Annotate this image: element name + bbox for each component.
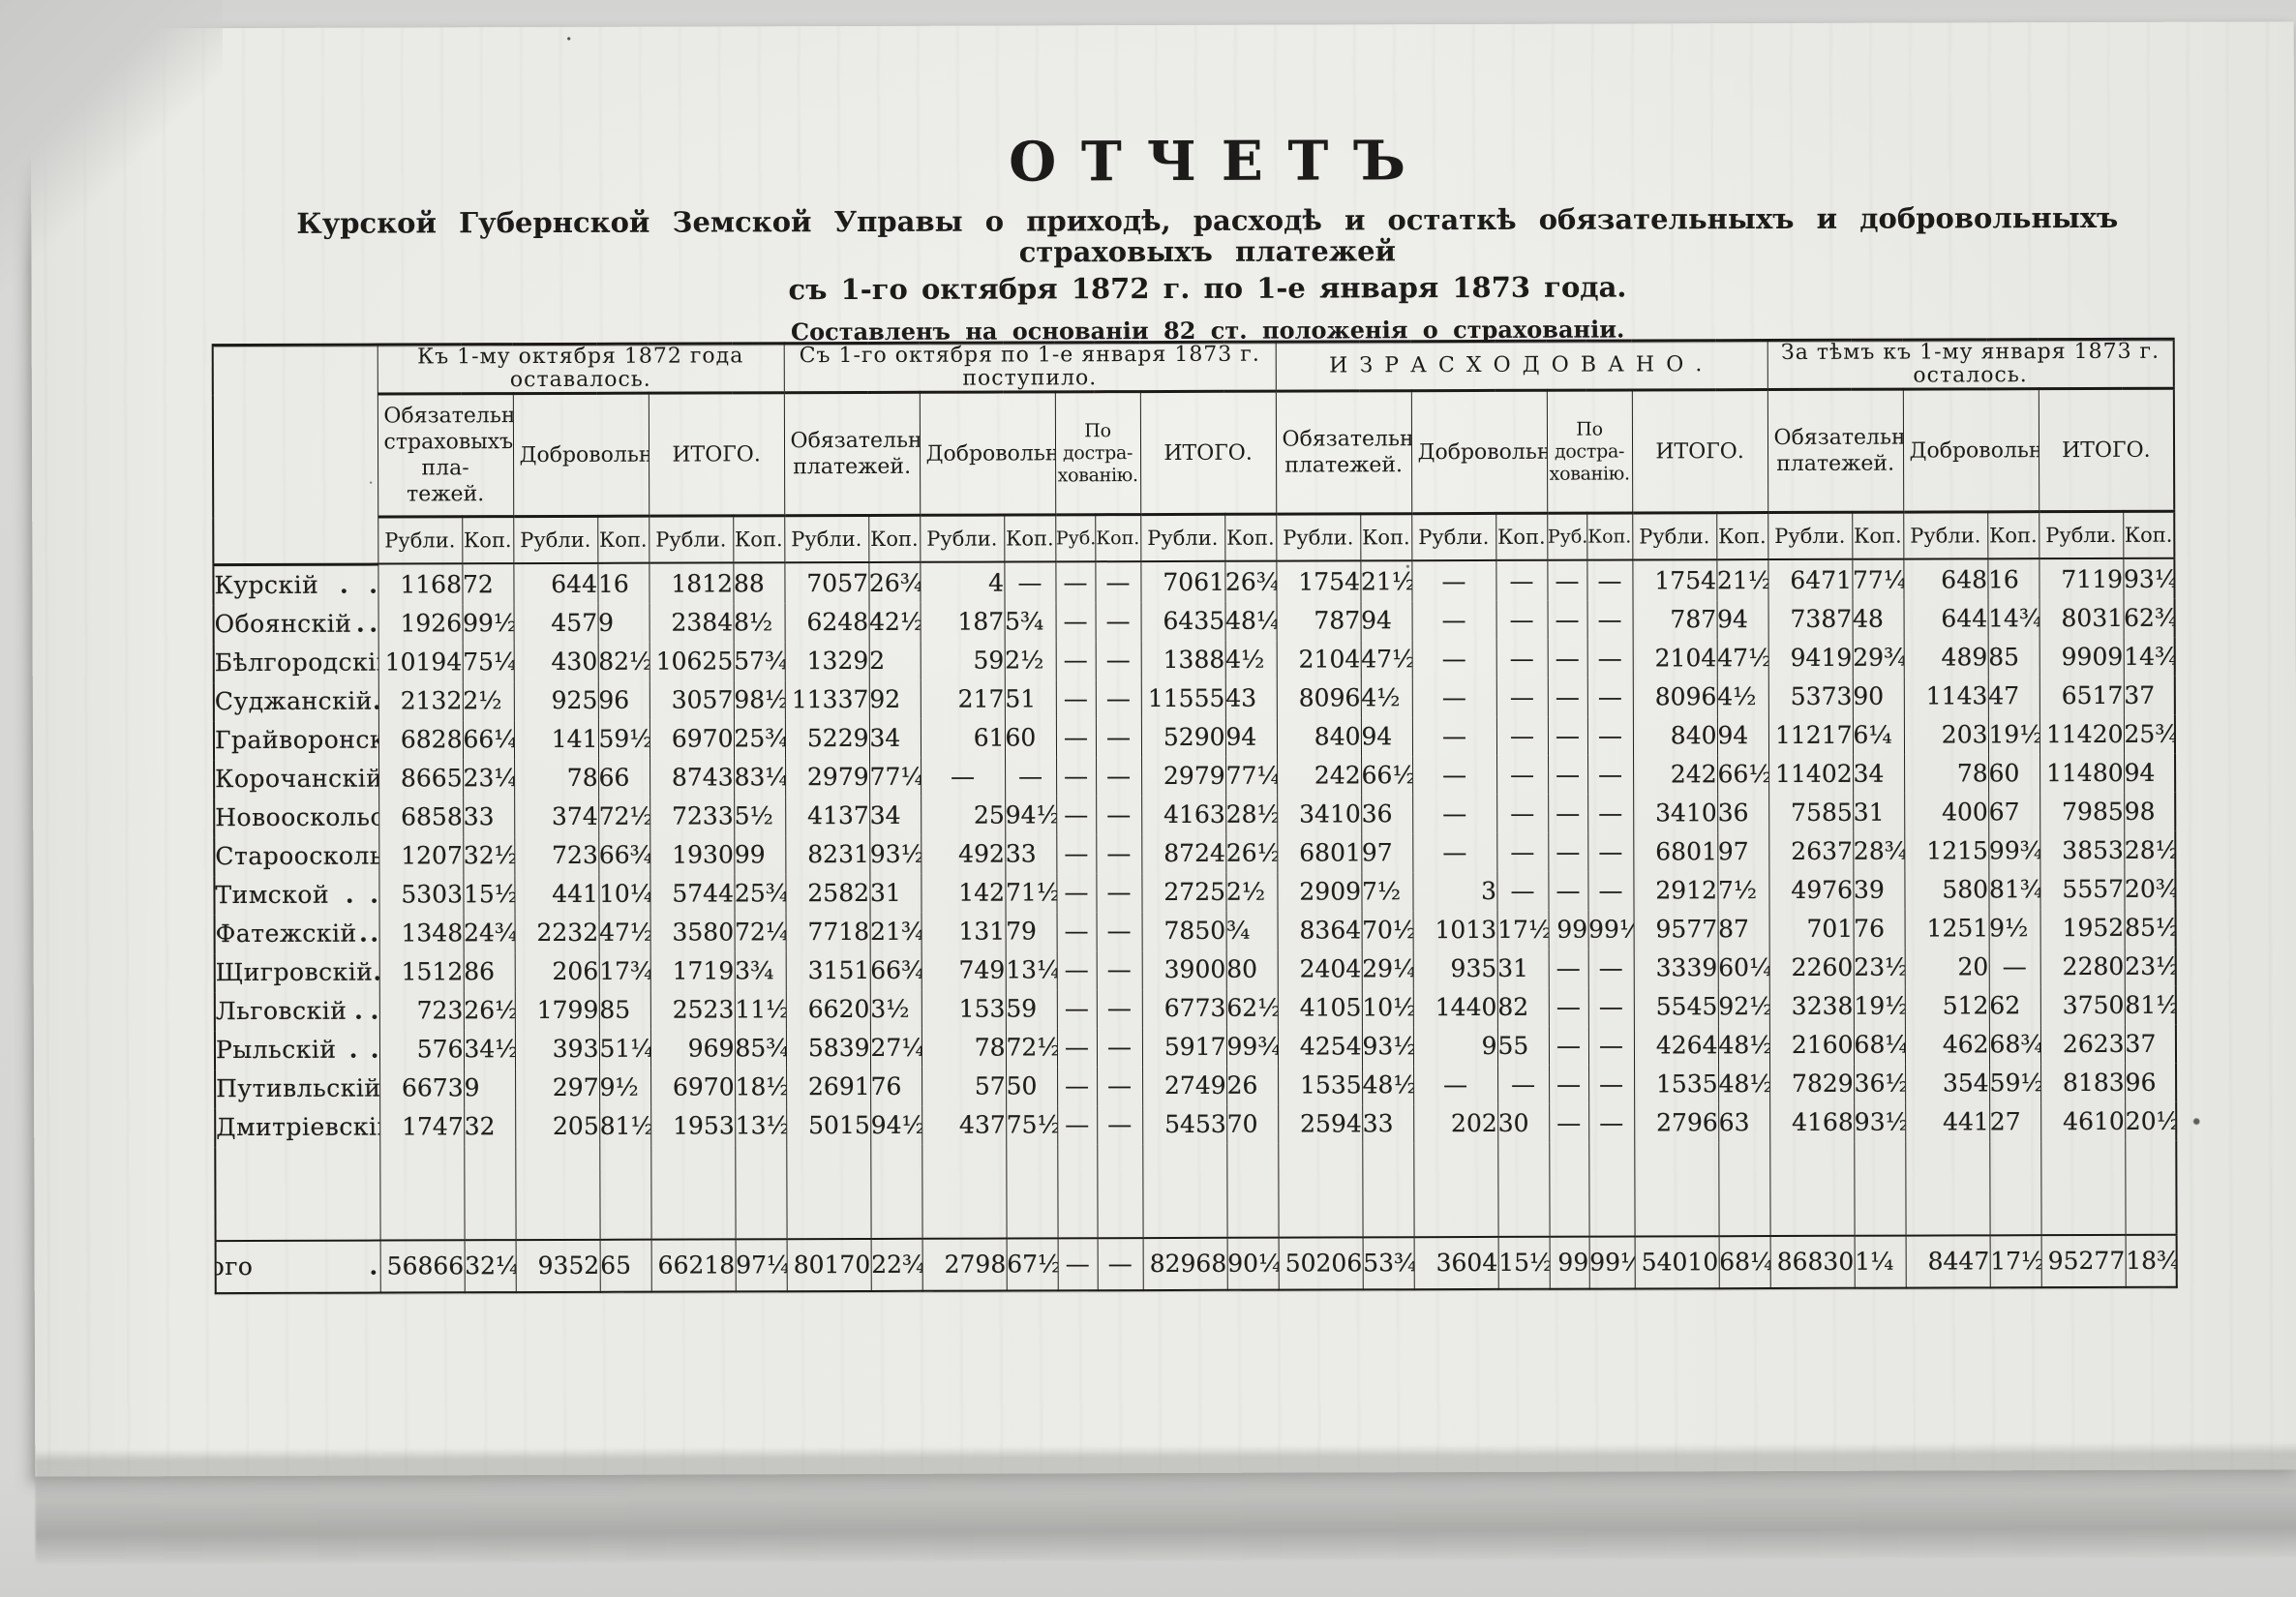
value-cell: 7061 <box>1140 561 1224 602</box>
value-cell: — <box>1005 757 1056 796</box>
value-cell: — <box>1411 560 1495 601</box>
value-cell: — <box>1548 794 1587 832</box>
value-cell: 10194 <box>378 643 463 681</box>
value-cell: 1535 <box>1634 1065 1718 1103</box>
value-cell: — <box>1496 716 1548 755</box>
value-cell: 25 <box>921 796 1005 834</box>
unit-header: Рубли. <box>784 515 868 562</box>
value-cell: 9909 <box>2039 637 2124 676</box>
value-cell: 25¾ <box>734 719 785 758</box>
value-cell: — <box>1057 989 1097 1028</box>
unit-header: Коп. <box>1360 514 1411 561</box>
subheader-g3-obligatory: Обязательныхъ платежей. <box>1276 391 1411 514</box>
value-cell: 6248 <box>785 602 869 641</box>
district-name-cell: Корочанскій.. <box>214 759 378 798</box>
unit-header: Рубли. <box>649 516 733 563</box>
value-cell: — <box>1057 1105 1097 1144</box>
value-cell: 67½ <box>1007 1238 1058 1290</box>
value-cell: — <box>1588 1026 1634 1065</box>
value-cell: 78 <box>514 758 598 797</box>
value-cell: 63 <box>1718 1103 1769 1142</box>
value-cell: 142 <box>921 873 1005 912</box>
value-cell: 4105 <box>1278 988 1362 1027</box>
value-cell: 85 <box>599 990 650 1029</box>
value-cell: 3238 <box>1769 986 1854 1025</box>
units-row: Рубли.Коп.Рубли.Коп.Рубли.Коп.Рубли.Коп.… <box>213 511 2174 564</box>
value-cell: 56866 <box>380 1240 465 1292</box>
value-cell: 8724 <box>1141 833 1225 872</box>
value-cell: 2725 <box>1141 872 1225 911</box>
unit-header: Рубли. <box>513 516 597 563</box>
unit-header: Коп. <box>733 516 784 563</box>
value-cell: 202 <box>1413 1103 1497 1142</box>
value-cell: 131 <box>921 912 1006 950</box>
value-cell: 18½ <box>735 1068 786 1106</box>
value-cell: 53¾ <box>1363 1237 1414 1289</box>
value-cell: 1535 <box>1278 1066 1362 1104</box>
value-cell: 489 <box>1904 638 1988 677</box>
value-cell: — <box>921 757 1005 796</box>
value-cell: 28½ <box>1225 795 1277 833</box>
value-cell: 17¾ <box>599 951 650 990</box>
value-cell: 47½ <box>599 913 650 951</box>
value-cell: 99 <box>734 835 785 874</box>
value-cell: 75½ <box>1006 1105 1057 1144</box>
value-cell: 61 <box>921 718 1005 757</box>
value-cell: 48½ <box>1718 1026 1769 1065</box>
value-cell: 8½ <box>734 603 785 642</box>
value-cell: 441 <box>514 874 598 913</box>
value-cell: — <box>1587 716 1633 755</box>
value-cell: 79 <box>1006 912 1057 950</box>
unit-header: Коп. <box>597 516 649 563</box>
unit-header: Коп. <box>1095 515 1140 562</box>
value-cell: 57¾ <box>734 642 785 680</box>
subtitle-line2: съ 1-го октября 1872 г. по 1-е января 18… <box>239 270 2175 307</box>
value-cell: 30 <box>1497 1103 1549 1142</box>
value-cell: — <box>1056 873 1096 912</box>
value-cell: — <box>1056 757 1096 796</box>
value-cell: 87 <box>1718 910 1769 949</box>
value-cell: 2582 <box>785 873 869 912</box>
group-header-row: Къ 1-му октября 1872 года оставалось. Съ… <box>213 339 2174 394</box>
value-cell: 15½ <box>463 875 514 914</box>
value-cell: 82 <box>1497 987 1549 1026</box>
value-cell: — <box>1989 948 2040 986</box>
value-cell: 97 <box>1717 832 1768 871</box>
value-cell: 4½ <box>1361 678 1412 717</box>
value-cell: 27¼ <box>870 1028 921 1067</box>
value-cell: 13½ <box>735 1106 786 1145</box>
value-cell: 43 <box>1225 678 1277 717</box>
value-cell: 5557 <box>2039 869 2124 908</box>
district-row: Путивльскій..667392979½697018½2691765750… <box>215 1063 2176 1107</box>
value-cell: 11480 <box>2039 753 2124 792</box>
subheader-g1-obligatory: Обязательныхъ страховыхъ пла- тежей. <box>378 394 513 517</box>
value-cell: 2912 <box>1633 871 1717 910</box>
value-cell: 512 <box>1905 986 1989 1025</box>
value-cell: 26 <box>1226 1066 1278 1104</box>
unit-header: Рубли. <box>1903 512 1987 559</box>
value-cell: 2637 <box>1768 831 1853 870</box>
value-cell: 1388 <box>1141 640 1225 678</box>
unit-header: Рубли. <box>378 517 462 564</box>
value-cell: 81¾ <box>1988 870 2039 909</box>
value-cell: 2160 <box>1769 1025 1854 1064</box>
value-cell: 5290 <box>1141 717 1225 756</box>
unit-header: Руб. <box>1055 515 1095 562</box>
subheader-g2-obligatory: Обязательныхъ платежей. <box>784 392 920 515</box>
value-cell: 6970 <box>650 719 734 758</box>
district-row: Фатежскій..134824¾223247½358072¼771821¾1… <box>215 908 2176 952</box>
value-cell: 28¾ <box>1853 831 1904 870</box>
value-cell: 70 <box>1226 1104 1278 1143</box>
value-cell: 2749 <box>1142 1066 1226 1104</box>
value-cell: 8447 <box>1906 1235 1990 1287</box>
value-cell: 2½ <box>1005 641 1056 679</box>
value-cell: 2384 <box>650 603 734 642</box>
value-cell: 9577 <box>1634 910 1718 949</box>
unit-header: Рубли. <box>1140 514 1224 561</box>
value-cell: — <box>1548 871 1587 910</box>
value-cell: 400 <box>1904 793 1988 831</box>
value-cell: — <box>1588 1065 1634 1103</box>
value-cell: 11337 <box>785 679 869 718</box>
value-cell: 81½ <box>599 1106 650 1145</box>
value-cell: — <box>1096 834 1141 873</box>
group-header-received: Съ 1-го октября по 1-е января 1873 г. по… <box>784 342 1276 393</box>
value-cell: — <box>1056 834 1096 873</box>
unit-header: Рубли. <box>1411 513 1495 560</box>
value-cell: 2979 <box>785 757 869 796</box>
value-cell: 10¼ <box>598 874 650 913</box>
unit-header: Рубли. <box>2039 511 2123 558</box>
value-cell: 93½ <box>869 834 921 873</box>
value-cell: 10½ <box>1362 988 1413 1027</box>
subheader-g3-additional: По достра- хованію. <box>1547 390 1632 513</box>
value-cell: — <box>1097 1028 1142 1067</box>
value-cell: 2404 <box>1278 949 1362 988</box>
district-name-cell: Старооскольскій.. <box>214 836 378 876</box>
value-cell: 2909 <box>1277 872 1361 911</box>
value-cell: 2132 <box>378 681 463 720</box>
value-cell: 1329 <box>785 641 869 679</box>
value-cell: — <box>1056 718 1096 757</box>
value-cell: — <box>1057 912 1097 950</box>
value-cell: 492 <box>921 834 1005 873</box>
value-cell: — <box>1496 678 1548 716</box>
value-cell: 3410 <box>1277 795 1361 833</box>
value-cell: — <box>1588 949 1634 987</box>
value-cell: 93½ <box>1362 1027 1413 1066</box>
value-cell: 3057 <box>650 680 734 719</box>
value-cell: — <box>1097 1067 1142 1105</box>
district-row: Дмитріевскій..17473220581½195313½501594½… <box>215 1101 2176 1146</box>
subheader-g4-voluntary: Добровольныхъ. <box>1903 389 2039 512</box>
value-cell: 15½ <box>1498 1236 1550 1288</box>
value-cell: 68¼ <box>1854 1025 1905 1064</box>
value-cell: 2623 <box>2040 1024 2125 1063</box>
value-cell: — <box>1055 561 1095 602</box>
unit-header: Рубли. <box>1767 512 1852 559</box>
value-cell: 32¼ <box>465 1240 516 1292</box>
value-cell: 2½ <box>463 681 514 720</box>
value-cell: 55 <box>1497 1026 1549 1065</box>
value-cell: 34 <box>869 718 921 757</box>
value-cell: 7387 <box>1768 599 1853 638</box>
value-cell: 68¾ <box>1989 1025 2040 1064</box>
unit-header: Коп. <box>1586 513 1632 560</box>
value-cell: 7829 <box>1769 1064 1854 1102</box>
value-cell: 5917 <box>1142 1027 1226 1066</box>
value-cell: 1440 <box>1413 987 1497 1026</box>
value-cell: 76 <box>1854 909 1905 948</box>
value-cell: 5½ <box>734 797 785 835</box>
value-cell: 90¼ <box>1227 1237 1279 1289</box>
district-row: Курскій..11687264416181288705726¾4———706… <box>213 558 2174 605</box>
paper-sheet: ОТЧЕТЪ Курской Губернской Земской Управы… <box>31 21 2296 1476</box>
value-cell: 2280 <box>2040 947 2125 985</box>
value-cell: — <box>1056 796 1096 834</box>
value-cell: 2523 <box>650 990 735 1029</box>
value-cell: 31 <box>1853 793 1904 831</box>
value-cell: 78 <box>1904 754 1988 793</box>
value-cell: 6435 <box>1141 601 1225 640</box>
value-cell: — <box>1586 559 1632 600</box>
value-cell: — <box>1413 1065 1497 1103</box>
value-cell: 70½ <box>1362 911 1413 949</box>
spacer-row <box>215 1140 2176 1240</box>
value-cell: 96 <box>598 680 650 719</box>
value-cell: 5¾ <box>1005 602 1056 641</box>
value-cell: 1719 <box>650 951 735 990</box>
value-cell: 1952 <box>2040 908 2125 947</box>
value-cell: — <box>1412 639 1496 678</box>
value-cell: 23¼ <box>463 759 514 798</box>
value-cell: 7233 <box>650 797 734 835</box>
unit-header: Рубли. <box>920 515 1004 562</box>
value-cell: 24¾ <box>464 914 515 952</box>
value-cell: — <box>1549 1103 1588 1142</box>
value-cell: 72¼ <box>735 913 786 951</box>
district-name-cell: Путивльскій.. <box>215 1069 379 1108</box>
value-cell: 11½ <box>735 990 786 1029</box>
value-cell: 1926 <box>378 604 463 643</box>
value-cell: 3853 <box>2039 830 2124 869</box>
value-cell: 13¼ <box>1006 950 1057 989</box>
value-cell: 99½ <box>463 604 514 643</box>
value-cell: 206 <box>515 951 599 990</box>
value-cell: 8665 <box>378 759 463 798</box>
value-cell: 6858 <box>378 798 463 836</box>
value-cell: 20 <box>1905 948 1989 986</box>
value-cell: 97¼ <box>736 1239 787 1291</box>
value-cell: 644 <box>1904 599 1988 638</box>
value-cell: 32 <box>464 1107 515 1146</box>
value-cell: — <box>1549 987 1588 1026</box>
value-cell: — <box>1056 602 1096 641</box>
value-cell: 7718 <box>786 912 870 950</box>
value-cell: — <box>1548 678 1587 716</box>
value-cell: — <box>1412 832 1496 871</box>
value-cell: 5229 <box>785 718 869 757</box>
value-cell: 457 <box>514 603 598 642</box>
value-cell: 1251 <box>1905 909 1989 948</box>
value-cell: 1215 <box>1904 831 1988 870</box>
value-cell: 94½ <box>1005 796 1056 834</box>
value-cell: — <box>1496 600 1548 639</box>
value-cell: 19½ <box>1854 986 1905 1025</box>
value-cell: 23½ <box>2125 947 2176 985</box>
value-cell: 85 <box>1988 638 2039 677</box>
value-cell: — <box>1548 639 1587 678</box>
district-name-cell: Льговскій.. <box>215 991 379 1031</box>
value-cell: 8031 <box>2039 598 2124 637</box>
value-cell: 37 <box>2124 676 2175 714</box>
value-cell: 969 <box>650 1029 735 1068</box>
value-cell: — <box>1495 560 1547 601</box>
unit-header: Коп. <box>1495 513 1547 560</box>
value-cell: 86 <box>464 952 515 991</box>
district-name-cell: Дмитріевскій.. <box>215 1107 379 1147</box>
value-cell: 3151 <box>786 950 870 989</box>
value-cell: 11420 <box>2039 714 2124 753</box>
value-cell: 205 <box>515 1106 599 1145</box>
value-cell: 9 <box>1413 1026 1497 1065</box>
value-cell: 8096 <box>1633 678 1717 716</box>
value-cell: 75¼ <box>463 643 514 681</box>
value-cell: — <box>1496 871 1548 910</box>
subtitle-line1: Курской Губернской Земской Управы о прих… <box>239 202 2175 270</box>
value-cell: 3750 <box>2040 985 2125 1024</box>
value-cell: 65 <box>600 1239 651 1291</box>
value-cell: 34 <box>1853 754 1904 793</box>
value-cell: — <box>1587 639 1633 678</box>
value-cell: 5453 <box>1142 1104 1226 1143</box>
value-cell: 1747 <box>379 1107 464 1146</box>
value-cell: 2104 <box>1633 639 1717 678</box>
unit-header: Руб. <box>1547 513 1586 560</box>
value-cell: 1512 <box>379 952 464 991</box>
unit-header: Коп. <box>868 515 920 562</box>
value-cell: 94 <box>1717 600 1768 639</box>
value-cell: 93¼ <box>2123 558 2174 599</box>
value-cell: 66 <box>598 758 650 797</box>
value-cell: 99½ <box>1589 1236 1635 1288</box>
district-row: Льговскій..72326½179985252311½66203½1535… <box>215 985 2176 1030</box>
value-cell: 21½ <box>1716 559 1767 600</box>
value-cell: 48½ <box>1362 1066 1413 1104</box>
value-cell: — <box>1096 757 1141 796</box>
value-cell: 14¾ <box>2124 637 2175 676</box>
unit-header: Коп. <box>1224 514 1276 561</box>
value-cell: 11217 <box>1768 715 1853 754</box>
value-cell: — <box>1097 912 1142 950</box>
value-cell: 71½ <box>1005 873 1056 912</box>
value-cell: 82968 <box>1143 1237 1227 1289</box>
value-cell: — <box>1097 950 1142 989</box>
value-cell: — <box>1096 641 1141 679</box>
value-cell: 4½ <box>1717 678 1768 716</box>
value-cell: 11555 <box>1141 678 1225 717</box>
value-cell: 59 <box>921 641 1005 679</box>
value-cell: 1799 <box>515 990 599 1029</box>
value-cell: 5545 <box>1634 987 1718 1026</box>
value-cell: 6970 <box>650 1068 735 1106</box>
district-column-header <box>213 345 378 564</box>
value-cell: 77¼ <box>1852 559 1903 600</box>
value-cell: — <box>1496 832 1548 871</box>
value-cell: 441 <box>1905 1102 1989 1141</box>
value-cell: 925 <box>514 680 598 719</box>
unit-header: Коп. <box>2123 511 2174 558</box>
page-title: ОТЧЕТЪ <box>239 131 2175 193</box>
value-cell: 9½ <box>1989 909 2040 948</box>
value-cell: 3½ <box>870 989 921 1028</box>
value-cell: 20¾ <box>2124 869 2175 908</box>
value-cell: 4 <box>920 562 1004 603</box>
district-row: Старооскольскій..120732½72366¾1930998231… <box>214 830 2175 875</box>
value-cell: 80 <box>1226 949 1278 988</box>
district-row: Обоянскій..192699½457923848½624842½1875¾… <box>214 598 2175 643</box>
value-cell: 33 <box>463 798 514 836</box>
subheader-g2-voluntary: Добровольныхъ. <box>920 392 1055 515</box>
value-cell: — <box>1412 716 1496 755</box>
value-cell: 354 <box>1905 1064 1989 1102</box>
value-cell: 462 <box>1905 1025 1989 1064</box>
value-cell: 6517 <box>2039 676 2124 714</box>
value-cell: 94 <box>1717 716 1768 755</box>
insurance-report-table: Къ 1-му октября 1872 года оставалось. Съ… <box>212 338 2178 1294</box>
value-cell: 36 <box>1361 795 1412 833</box>
district-name-cell: Тимской.. <box>214 875 378 915</box>
value-cell: 242 <box>1633 755 1717 794</box>
unit-header: Рубли. <box>1632 513 1716 560</box>
value-cell: 62 <box>1989 986 2040 1025</box>
value-cell: 18¾ <box>2126 1234 2177 1286</box>
value-cell: 36½ <box>1854 1064 1905 1102</box>
report-heading: ОТЧЕТЪ Курской Губернской Земской Управы… <box>239 131 2176 347</box>
value-cell: 2260 <box>1769 948 1854 986</box>
value-cell: 7119 <box>2039 558 2123 599</box>
value-cell: 141 <box>514 719 598 758</box>
value-cell: 7850 <box>1142 911 1226 949</box>
value-cell: 3 <box>1412 871 1496 910</box>
value-cell: 26½ <box>1225 833 1277 872</box>
value-cell: — <box>1095 561 1140 602</box>
value-cell: 60 <box>1988 754 2039 793</box>
value-cell: 242 <box>1277 756 1361 795</box>
value-cell: — <box>1056 641 1096 679</box>
value-cell: 2½ <box>1225 872 1277 911</box>
value-cell: — <box>1548 600 1587 639</box>
value-cell: 1013 <box>1413 910 1497 949</box>
value-cell: 47½ <box>1361 640 1412 678</box>
unit-header: Коп. <box>1852 512 1903 559</box>
value-cell: 60 <box>1005 718 1056 757</box>
value-cell: 1¼ <box>1855 1235 1906 1287</box>
value-cell: 9 <box>464 1069 515 1107</box>
value-cell: 86830 <box>1770 1235 1855 1287</box>
value-cell: 77¼ <box>1225 756 1277 795</box>
value-cell: 33 <box>1005 834 1056 873</box>
value-cell: 8364 <box>1278 911 1362 949</box>
value-cell: — <box>1547 560 1586 601</box>
value-cell: 25¾ <box>734 874 785 913</box>
subheader-g2-additional: По достра- хованію. <box>1055 392 1140 515</box>
value-cell: 217 <box>921 679 1005 718</box>
value-cell: 94 <box>1361 601 1412 640</box>
